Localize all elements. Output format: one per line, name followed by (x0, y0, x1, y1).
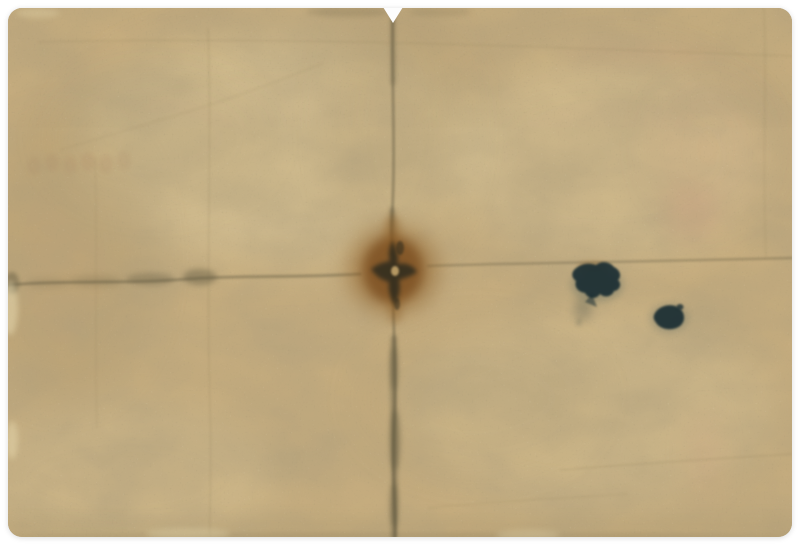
grime-blob (183, 269, 217, 285)
ink-blot-1-drip (577, 319, 582, 326)
edge-wear-spot (16, 8, 60, 18)
grime-blob (126, 273, 174, 285)
stain-dark-speck (396, 241, 404, 255)
grime-blob (390, 410, 400, 470)
vertical-fold-grime-top (393, 14, 394, 83)
ink-blot-1-smudge (574, 297, 592, 321)
faint-crease-vertical-left-2 (95, 158, 97, 428)
grime-blob (26, 279, 70, 287)
grime-top-edge (408, 8, 472, 16)
grime-blob (390, 346, 398, 390)
paper-artwork (8, 8, 792, 537)
photo-background (0, 0, 800, 545)
banknote-reverse (8, 8, 792, 537)
grime-blob (390, 483, 398, 527)
ink-blot-2-nub (677, 304, 684, 310)
stain-center-highlight (391, 266, 399, 276)
stain-dark-speck (394, 298, 400, 310)
grime-blob (69, 276, 123, 286)
